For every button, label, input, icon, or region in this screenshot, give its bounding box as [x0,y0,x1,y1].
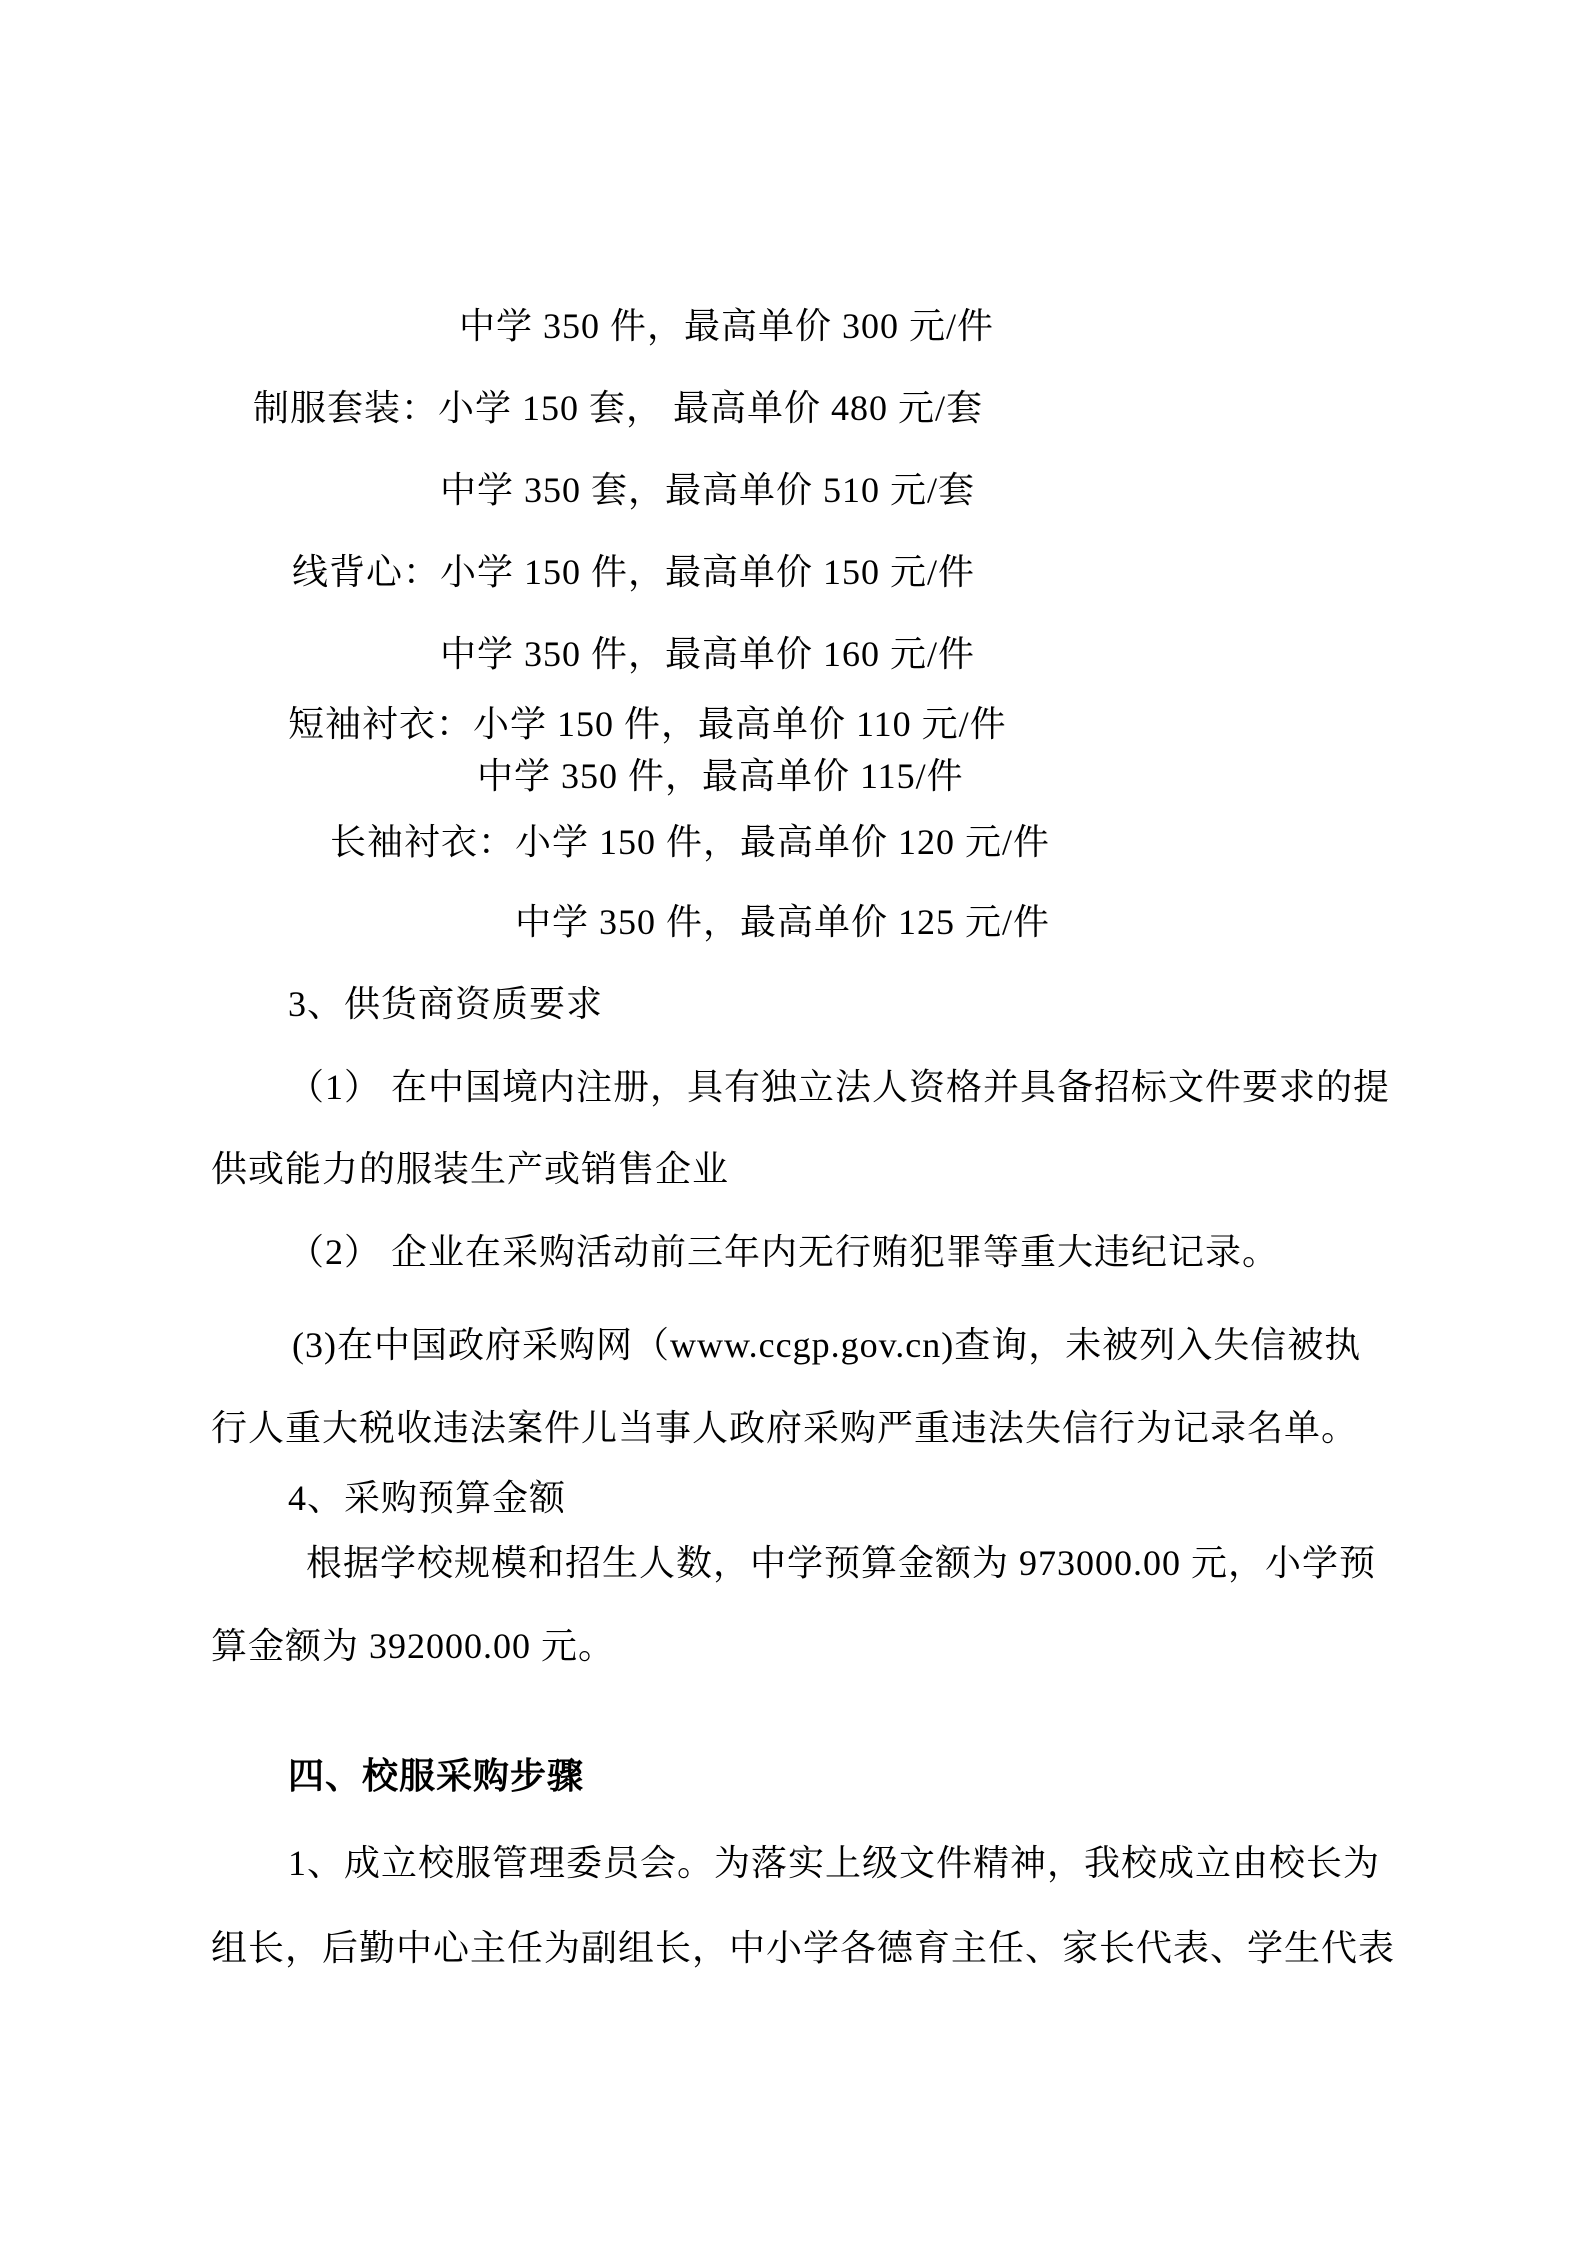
paragraph-committee-line-1: 1、成立校服管理委员会。为落实上级文件精神，我校成立由校长为 [288,1844,1380,1882]
price-line-vest-middle: 中学 350 件，最高单价 160 元/件 [440,635,975,673]
paragraph-qualification-1-line-2: 供或能力的服装生产或销售企业 [211,1150,729,1188]
paragraph-qualification-3-line-2: 行人重大税收违法案件儿当事人政府采购严重违法失信行为记录名单。 [211,1409,1358,1447]
price-line-long-shirt-middle: 中学 350 件，最高单价 125 元/件 [515,903,1050,941]
item-heading-supplier-qualification: 3、供货商资质要求 [288,985,603,1023]
section-heading-procurement-steps: 四、校服采购步骤 [288,1757,584,1795]
document-page: 中学 350 件，最高单价 300 元/件 制服套装：小学 150 套， 最高单… [0,0,1587,2245]
paragraph-qualification-3-line-1: (3)在中国政府采购网（www.ccgp.gov.cn)查询，未被列入失信被执 [292,1326,1361,1364]
paragraph-qualification-1-line-1: （1） 在中国境内注册，具有独立法人资格并具备招标文件要求的提 [288,1068,1390,1106]
price-line-short-shirt-primary: 短袖衬衣：小学 150 件，最高单价 110 元/件 [288,705,1007,743]
price-line-short-shirt-middle: 中学 350 件，最高单价 115/件 [477,757,964,795]
price-line-middle-school-300: 中学 350 件，最高单价 300 元/件 [459,307,994,345]
paragraph-budget-line-1: 根据学校规模和招生人数，中学预算金额为 973000.00 元，小学预 [306,1544,1376,1582]
price-line-uniform-suit-primary: 制服套装：小学 150 套， 最高单价 480 元/套 [253,389,983,427]
price-line-vest-primary: 线背心：小学 150 件，最高单价 150 元/件 [292,553,975,591]
price-line-long-shirt-primary: 长袖衬衣：小学 150 件，最高单价 120 元/件 [330,823,1050,861]
item-heading-procurement-budget: 4、采购预算金额 [288,1479,566,1517]
paragraph-budget-line-2: 算金额为 392000.00 元。 [211,1627,615,1665]
paragraph-qualification-2: （2） 企业在采购活动前三年内无行贿犯罪等重大违纪记录。 [288,1233,1279,1271]
price-line-uniform-suit-middle: 中学 350 套，最高单价 510 元/套 [440,471,975,509]
paragraph-committee-line-2: 组长，后勤中心主任为副组长，中小学各德育主任、家长代表、学生代表 [211,1929,1395,1967]
